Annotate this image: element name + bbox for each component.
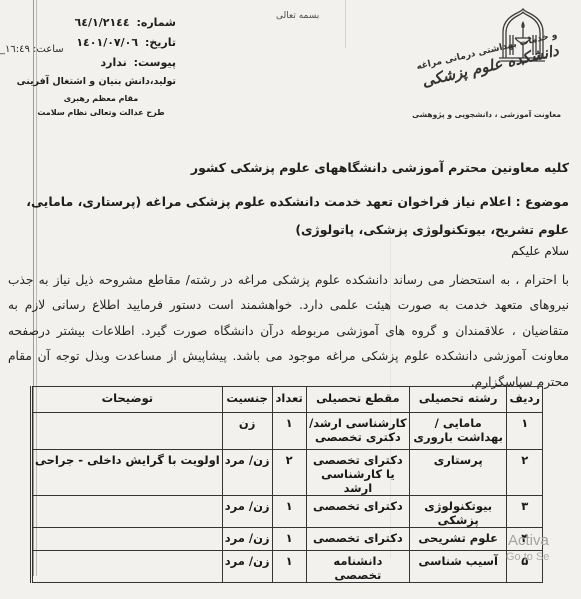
gender-cell: زن/ مرد [222, 450, 272, 496]
count-cell: ۲ [272, 450, 306, 496]
bismillah-text: بسمه تعالی [276, 11, 319, 21]
degree-cell: دکترای تخصصی یا کارشناسی ارشد [306, 450, 409, 496]
salutation-line: سلام علیکم [511, 244, 569, 258]
leader-attribution: مقام معظم رهبری [26, 94, 176, 103]
col-header-notes: توضیحات [32, 387, 223, 413]
table-row: ۱ مامایی / بهداشت باروری کارشناسی ارشد/ … [32, 413, 543, 450]
count-cell: ۱ [272, 528, 306, 551]
col-header-count: تعداد [272, 387, 306, 413]
letter-body-paragraph: با احترام ، به استحضار می رساند دانشکده … [8, 268, 569, 395]
university-name-calligraphy: و خدمات بهداشتی درمانی مراغه دانشکده علو… [403, 27, 575, 93]
addressee-line: کلیه معاونین محترم آموزشی دانشگاههای علو… [191, 160, 569, 175]
activate-windows-watermark: Activa [508, 532, 549, 549]
table-row: ۳ بیوتکنولوژی پزشکی دکترای تخصصی ۱ زن/ م… [32, 496, 543, 528]
count-cell: ۱ [272, 413, 306, 450]
col-header-gender: جنسیت [222, 387, 272, 413]
count-cell: ۱ [272, 551, 306, 583]
letter-attachment-value: ندارد [101, 56, 127, 69]
letter-date-label: تاریخ: [145, 36, 176, 49]
row-number-cell: ۳ [507, 496, 543, 528]
gender-cell: زن/ مرد [222, 551, 272, 583]
degree-cell: دکترای تخصصی [306, 496, 409, 528]
letter-attachment: پیوست: ندارد [26, 56, 176, 69]
scanned-letter-page: بسمه تعالی شماره: ٦٤/١/٢١٤٤ تاریخ: ١٤٠١/… [0, 0, 581, 599]
field-cell: بیوتکنولوژی پزشکی [409, 496, 507, 528]
table-row: ۴ علوم تشریحی دکترای تخصصی ۱ زن/ مرد [32, 528, 543, 551]
notes-cell [32, 496, 223, 528]
letter-number-label: شماره: [136, 16, 176, 29]
gender-cell: زن [222, 413, 272, 450]
recruitment-needs-table: ردیف رشته تحصیلی مقطع تحصیلی تعداد جنسیت… [30, 386, 543, 583]
scan-time-label: ساعت: ١٦:٤٩_ [0, 44, 64, 55]
table-row: ۵ آسیب شناسی دانشنامه تخصصی ۱ زن/ مرد [32, 551, 543, 583]
notes-cell [32, 551, 223, 583]
scan-crease-top [345, 0, 346, 48]
table-row: ۲ پرستاری دکترای تخصصی یا کارشناسی ارشد … [32, 450, 543, 496]
notes-cell [32, 528, 223, 551]
letter-attachment-label: پیوست: [134, 56, 176, 69]
count-cell: ۱ [272, 496, 306, 528]
go-to-settings-watermark: Go to Se [506, 551, 549, 563]
field-cell: آسیب شناسی [409, 551, 507, 583]
degree-cell: دکترای تخصصی [306, 528, 409, 551]
field-cell: پرستاری [409, 450, 507, 496]
col-header-field-of-study: رشته تحصیلی [409, 387, 507, 413]
letterhead-meta-block: شماره: ٦٤/١/٢١٤٤ تاریخ: ١٤٠١/٠٧/٠٦ پیوست… [26, 16, 176, 117]
degree-cell: کارشناسی ارشد/ دکتری تخصصی [306, 413, 409, 450]
field-cell: علوم تشریحی [409, 528, 507, 551]
subject-line: موضوع : اعلام نیاز فراخوان تعهد خدمت دان… [12, 188, 569, 244]
gender-cell: زن/ مرد [222, 496, 272, 528]
letter-number-value: ٦٤/١/٢١٤٤ [75, 16, 130, 29]
health-plan-slogan: طرح عدالت وتعالی نظام سلامت [26, 108, 176, 117]
row-number-cell: ۲ [507, 450, 543, 496]
degree-cell: دانشنامه تخصصی [306, 551, 409, 583]
letter-date-value: ١٤٠١/٠٧/٠٦ [76, 36, 138, 49]
notes-cell [32, 413, 223, 450]
field-cell: مامایی / بهداشت باروری [409, 413, 507, 450]
letter-number: شماره: ٦٤/١/٢١٤٤ [26, 16, 176, 29]
table-header-row: ردیف رشته تحصیلی مقطع تحصیلی تعداد جنسیت… [32, 387, 543, 413]
year-slogan: تولید،دانش بنیان و اشتغال آفرینی [26, 76, 176, 87]
deputy-office-subtitle: معاونت آموزشی ، دانشجویی و پژوهشی [437, 110, 561, 119]
row-number-cell: ۱ [507, 413, 543, 450]
gender-cell: زن/ مرد [222, 528, 272, 551]
col-header-row-number: ردیف [507, 387, 543, 413]
col-header-degree-level: مقطع تحصیلی [306, 387, 409, 413]
notes-cell: اولویت با گرایش داخلی - جراحی [32, 450, 223, 496]
